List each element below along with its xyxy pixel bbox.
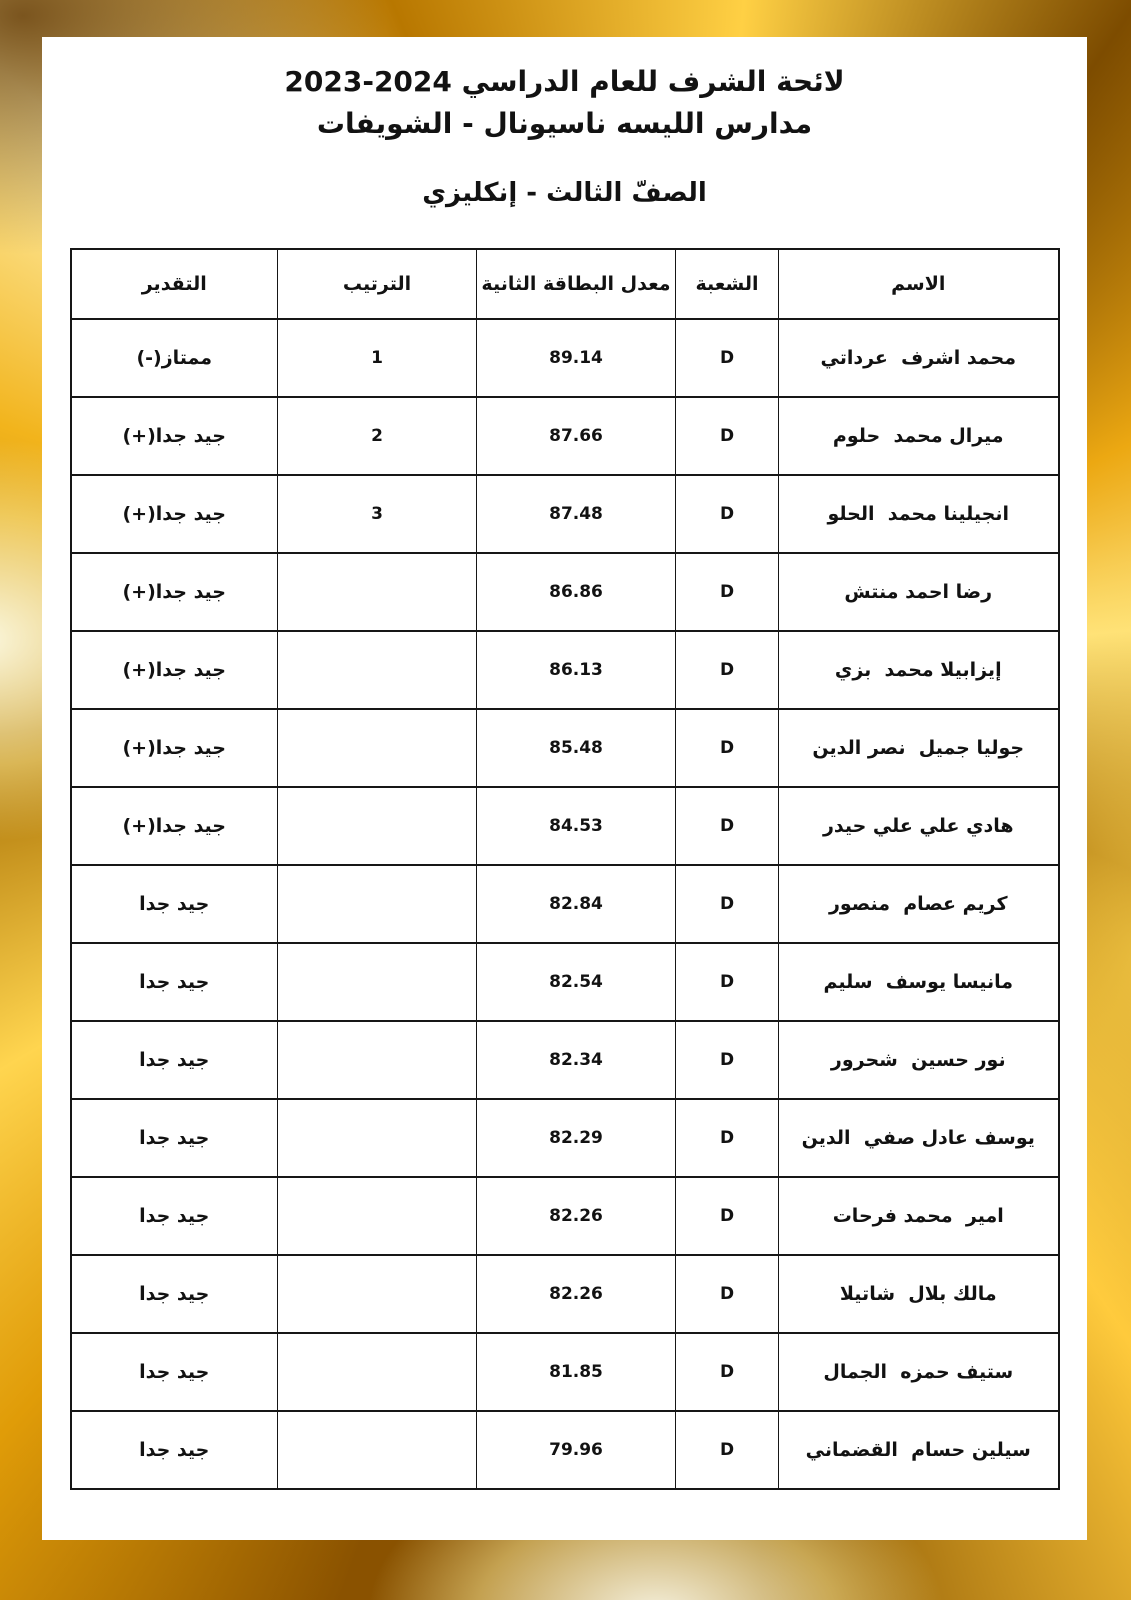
grade-cell: جيد جدا(+) bbox=[71, 553, 278, 631]
rank-cell bbox=[278, 1021, 477, 1099]
table-row: إيزابيلا محمد بزي D 86.13 جيد جدا(+) bbox=[71, 631, 1059, 709]
grade-cell: جيد جدا bbox=[71, 1099, 278, 1177]
student-name-cell: رضا احمد منتش bbox=[779, 553, 1059, 631]
section-cell: D bbox=[676, 1255, 779, 1333]
section-cell: D bbox=[676, 865, 779, 943]
section-cell: D bbox=[676, 475, 779, 553]
page-title: لائحة الشرف للعام الدراسي 2024-2023 مدار… bbox=[42, 37, 1087, 145]
grade-cell: جيد جدا bbox=[71, 1411, 278, 1489]
rank-cell bbox=[278, 943, 477, 1021]
average-cell: 84.53 bbox=[477, 787, 676, 865]
rank-cell: 2 bbox=[278, 397, 477, 475]
table-row: محمد اشرف عرداتي D 89.14 1 ممتاز(-) bbox=[71, 319, 1059, 397]
table-row: مالك بلال شاتيلا D 82.26 جيد جدا bbox=[71, 1255, 1059, 1333]
average-cell: 85.48 bbox=[477, 709, 676, 787]
table-row: مانيسا يوسف سليم D 82.54 جيد جدا bbox=[71, 943, 1059, 1021]
section-cell: D bbox=[676, 1099, 779, 1177]
student-name-cell: إيزابيلا محمد بزي bbox=[779, 631, 1059, 709]
student-name-cell: سيلين حسام القضماني bbox=[779, 1411, 1059, 1489]
table-row: امير محمد فرحات D 82.26 جيد جدا bbox=[71, 1177, 1059, 1255]
section-cell: D bbox=[676, 397, 779, 475]
rank-cell bbox=[278, 553, 477, 631]
average-cell: 82.34 bbox=[477, 1021, 676, 1099]
table-row: نور حسين شحرور D 82.34 جيد جدا bbox=[71, 1021, 1059, 1099]
rank-cell bbox=[278, 709, 477, 787]
page-title-line1: لائحة الشرف للعام الدراسي 2024-2023 bbox=[42, 61, 1087, 103]
table-header-row: الاسم الشعبة معدل البطاقة الثانية الترتي… bbox=[71, 249, 1059, 319]
average-cell: 81.85 bbox=[477, 1333, 676, 1411]
average-cell: 82.54 bbox=[477, 943, 676, 1021]
table-row: هادي علي علي حيدر D 84.53 جيد جدا(+) bbox=[71, 787, 1059, 865]
content-card: لائحة الشرف للعام الدراسي 2024-2023 مدار… bbox=[42, 37, 1087, 1540]
grade-cell: جيد جدا(+) bbox=[71, 709, 278, 787]
grade-cell: جيد جدا bbox=[71, 1333, 278, 1411]
table-row: ميرال محمد حلوم D 87.66 2 جيد جدا(+) bbox=[71, 397, 1059, 475]
table-row: ستيف حمزه الجمال D 81.85 جيد جدا bbox=[71, 1333, 1059, 1411]
section-cell: D bbox=[676, 787, 779, 865]
student-name-cell: محمد اشرف عرداتي bbox=[779, 319, 1059, 397]
table-row: يوسف عادل صفي الدين D 82.29 جيد جدا bbox=[71, 1099, 1059, 1177]
page-title-line2: مدارس الليسه ناسيونال - الشويفات bbox=[42, 103, 1087, 145]
rank-cell bbox=[278, 1099, 477, 1177]
column-header-grade: التقدير bbox=[71, 249, 278, 319]
student-name-cell: ستيف حمزه الجمال bbox=[779, 1333, 1059, 1411]
section-cell: D bbox=[676, 1021, 779, 1099]
student-name-cell: مالك بلال شاتيلا bbox=[779, 1255, 1059, 1333]
rank-cell bbox=[278, 1255, 477, 1333]
student-name-cell: امير محمد فرحات bbox=[779, 1177, 1059, 1255]
rank-cell: 3 bbox=[278, 475, 477, 553]
table-row: جوليا جميل نصر الدين D 85.48 جيد جدا(+) bbox=[71, 709, 1059, 787]
average-cell: 86.86 bbox=[477, 553, 676, 631]
average-cell: 87.48 bbox=[477, 475, 676, 553]
grade-cell: جيد جدا bbox=[71, 1177, 278, 1255]
page-background: { "header": { "title_line1": "لائحة الشر… bbox=[0, 0, 1131, 1600]
section-cell: D bbox=[676, 553, 779, 631]
student-name-cell: نور حسين شحرور bbox=[779, 1021, 1059, 1099]
section-cell: D bbox=[676, 709, 779, 787]
section-cell: D bbox=[676, 1411, 779, 1489]
rank-cell bbox=[278, 1333, 477, 1411]
student-name-cell: مانيسا يوسف سليم bbox=[779, 943, 1059, 1021]
section-cell: D bbox=[676, 319, 779, 397]
column-header-rank: الترتيب bbox=[278, 249, 477, 319]
average-cell: 82.26 bbox=[477, 1255, 676, 1333]
student-name-cell: كريم عصام منصور bbox=[779, 865, 1059, 943]
average-cell: 82.84 bbox=[477, 865, 676, 943]
student-name-cell: جوليا جميل نصر الدين bbox=[779, 709, 1059, 787]
page-subtitle: الصفّ الثالث - إنكليزي bbox=[42, 174, 1087, 212]
grade-cell: جيد جدا(+) bbox=[71, 475, 278, 553]
rank-cell bbox=[278, 865, 477, 943]
grade-cell: جيد جدا(+) bbox=[71, 397, 278, 475]
average-cell: 89.14 bbox=[477, 319, 676, 397]
average-cell: 86.13 bbox=[477, 631, 676, 709]
grade-cell: جيد جدا(+) bbox=[71, 787, 278, 865]
section-cell: D bbox=[676, 943, 779, 1021]
grade-cell: ممتاز(-) bbox=[71, 319, 278, 397]
grade-cell: جيد جدا bbox=[71, 1021, 278, 1099]
table-row: انجيلينا محمد الحلو D 87.48 3 جيد جدا(+) bbox=[71, 475, 1059, 553]
average-cell: 79.96 bbox=[477, 1411, 676, 1489]
section-cell: D bbox=[676, 631, 779, 709]
average-cell: 87.66 bbox=[477, 397, 676, 475]
section-cell: D bbox=[676, 1333, 779, 1411]
average-cell: 82.29 bbox=[477, 1099, 676, 1177]
student-name-cell: يوسف عادل صفي الدين bbox=[779, 1099, 1059, 1177]
average-cell: 82.26 bbox=[477, 1177, 676, 1255]
student-name-cell: انجيلينا محمد الحلو bbox=[779, 475, 1059, 553]
grade-cell: جيد جدا bbox=[71, 865, 278, 943]
grade-cell: جيد جدا(+) bbox=[71, 631, 278, 709]
rank-cell: 1 bbox=[278, 319, 477, 397]
table-row: سيلين حسام القضماني D 79.96 جيد جدا bbox=[71, 1411, 1059, 1489]
section-cell: D bbox=[676, 1177, 779, 1255]
honor-roll-table: الاسم الشعبة معدل البطاقة الثانية الترتي… bbox=[70, 248, 1060, 1490]
table-row: كريم عصام منصور D 82.84 جيد جدا bbox=[71, 865, 1059, 943]
column-header-name: الاسم bbox=[779, 249, 1059, 319]
column-header-average: معدل البطاقة الثانية bbox=[477, 249, 676, 319]
student-name-cell: هادي علي علي حيدر bbox=[779, 787, 1059, 865]
table-row: رضا احمد منتش D 86.86 جيد جدا(+) bbox=[71, 553, 1059, 631]
student-name-cell: ميرال محمد حلوم bbox=[779, 397, 1059, 475]
rank-cell bbox=[278, 631, 477, 709]
rank-cell bbox=[278, 787, 477, 865]
column-header-section: الشعبة bbox=[676, 249, 779, 319]
grade-cell: جيد جدا bbox=[71, 1255, 278, 1333]
rank-cell bbox=[278, 1411, 477, 1489]
grade-cell: جيد جدا bbox=[71, 943, 278, 1021]
rank-cell bbox=[278, 1177, 477, 1255]
